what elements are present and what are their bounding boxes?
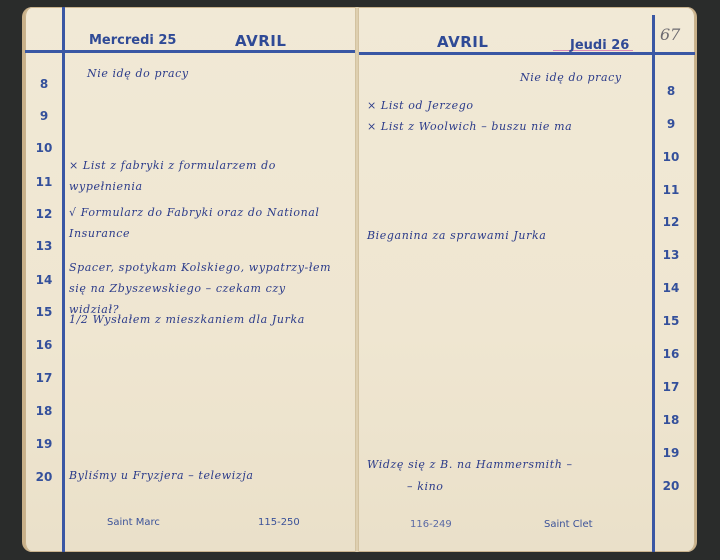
- hour-column-rule: [652, 15, 655, 552]
- handwritten-entry: Byliśmy u Fryzjera – telewizja: [69, 465, 254, 486]
- saint-of-day: Saint Clet: [544, 519, 593, 530]
- hour-label: 16: [659, 347, 683, 361]
- saint-of-day: Saint Marc: [107, 517, 160, 528]
- hour-label: 17: [659, 380, 683, 394]
- header-rule: [25, 50, 360, 53]
- hour-label: 20: [32, 470, 56, 484]
- hour-label: 14: [32, 273, 56, 287]
- handwritten-entry: 1/2 Wysłałem z mieszkaniem dla Jurka: [69, 309, 305, 330]
- month-label: AVRIL: [235, 32, 286, 50]
- handwritten-entry: Bieganina za sprawami Jurka: [367, 225, 546, 246]
- hour-label: 16: [32, 338, 56, 352]
- hour-label: 18: [32, 404, 56, 418]
- handwritten-entry: – kino: [407, 476, 444, 497]
- hour-label: 11: [659, 183, 683, 197]
- header-rule: [357, 52, 695, 55]
- book-spine-gutter: [355, 7, 359, 552]
- hour-label: 12: [659, 215, 683, 229]
- day-label: Mercredi 25: [89, 33, 176, 48]
- hour-label: 8: [32, 77, 56, 91]
- hour-label: 14: [659, 281, 683, 295]
- hour-label: 19: [659, 446, 683, 460]
- diary-spread: Mercredi 25 AVRIL 8 9 10 11 12 13 14 15 …: [22, 7, 698, 552]
- hour-label: 19: [32, 437, 56, 451]
- hour-label: 10: [659, 150, 683, 164]
- hour-label: 10: [32, 141, 56, 155]
- month-label: AVRIL: [437, 33, 488, 51]
- handwritten-entry: Nie idę do pracy: [87, 63, 189, 84]
- handwritten-entry: Widzę się z B. na Hammersmith –: [367, 454, 573, 475]
- hour-column-rule: [62, 7, 65, 552]
- hour-label: 17: [32, 371, 56, 385]
- handwritten-entry: × List z Woolwich – buszu nie ma: [367, 116, 572, 137]
- handwritten-entry: Nie idę do pracy: [520, 67, 622, 88]
- hour-label: 18: [659, 413, 683, 427]
- hour-label: 9: [659, 117, 683, 131]
- left-page: Mercredi 25 AVRIL 8 9 10 11 12 13 14 15 …: [22, 7, 360, 552]
- handwritten-entry: × List od Jerzego: [367, 95, 474, 116]
- handwritten-entry: √ Formularz do Fabryki oraz do National …: [69, 202, 339, 244]
- right-page: AVRIL Jeudi 26 67 8 9 10 11 12 13 14 15 …: [357, 7, 697, 552]
- handwritten-entry: × List z fabryki z formularzem do wypełn…: [69, 155, 339, 197]
- day-count: 115-250: [258, 517, 300, 528]
- hour-label: 20: [659, 479, 683, 493]
- hour-label: 15: [32, 305, 56, 319]
- day-count: 116-249: [410, 519, 452, 530]
- hour-label: 13: [659, 248, 683, 262]
- day-label: Jeudi 26: [570, 38, 629, 53]
- hour-label: 13: [32, 239, 56, 253]
- hour-label: 15: [659, 314, 683, 328]
- hour-label: 8: [659, 84, 683, 98]
- page-number: 67: [660, 25, 680, 44]
- hour-label: 11: [32, 175, 56, 189]
- hour-label: 12: [32, 207, 56, 221]
- hour-label: 9: [32, 109, 56, 123]
